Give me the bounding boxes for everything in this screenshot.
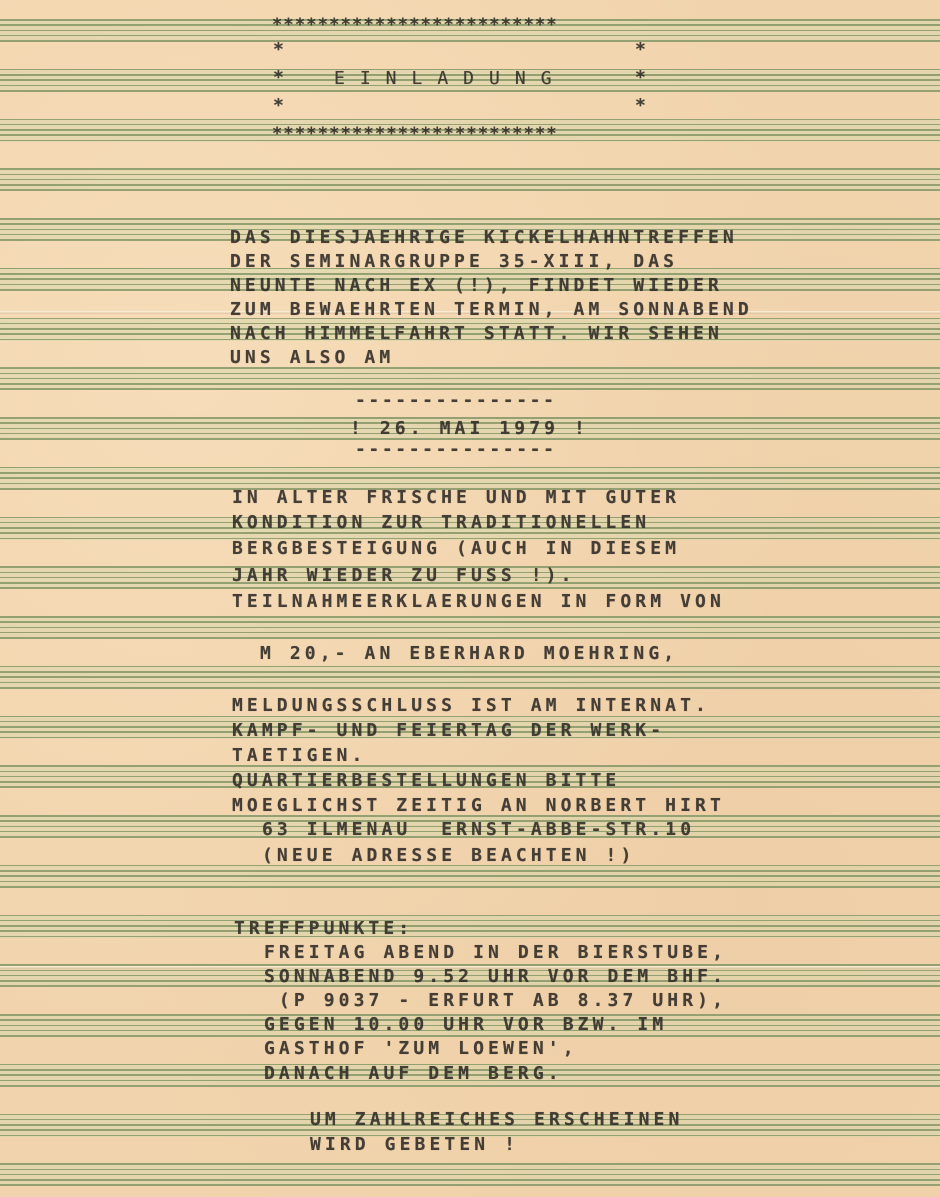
header-bottom-border: ************************* [272, 124, 558, 144]
staff [0, 616, 940, 639]
staff [0, 367, 940, 390]
header-right-star-2: * [635, 68, 650, 88]
staff [0, 915, 940, 938]
text-line: TEILNAHMEERKLAERUNGEN IN FORM VON [232, 592, 725, 612]
address-note: (NEUE ADRESSE BEACHTEN !) [262, 846, 635, 866]
text-line: UNS ALSO AM [230, 348, 394, 368]
text-line: DAS DIESJAEHRIGE KICKELHAHNTREFFEN [230, 228, 738, 248]
header-left-star-2: * [273, 68, 288, 88]
invitation-title: EINLADUNG [334, 69, 567, 89]
header-right-star-3: * [635, 96, 650, 116]
closing-line: WIRD GEBETEN ! [310, 1135, 519, 1155]
text-line: DER SEMINARGRUPPE 35-XIII, DAS [230, 252, 678, 272]
text-line: NEUNTE NACH EX (!), FINDET WIEDER [230, 276, 723, 296]
text-line: NACH HIMMELFAHRT STATT. WIR SEHEN [230, 324, 723, 344]
text-line: (P 9037 - ERFURT AB 8.37 UHR), [264, 991, 727, 1011]
header-top-border: ************************* [272, 15, 558, 35]
text-line: KAMPF- UND FEIERTAG DER WERK- [232, 721, 665, 741]
date-bottom-rule: --------------- [355, 440, 557, 460]
text-line: KONDITION ZUR TRADITIONELLEN [232, 513, 650, 533]
text-line: FREITAG ABEND IN DER BIERSTUBE, [264, 943, 727, 963]
text-line: JAHR WIEDER ZU FUSS !). [232, 566, 576, 586]
staff [0, 865, 940, 888]
text-line: MELDUNGSSCHLUSS IST AM INTERNAT. [232, 696, 710, 716]
text-line: TAETIGEN. [232, 746, 366, 766]
date-top-rule: --------------- [355, 391, 557, 411]
header-left-star-1: * [273, 40, 288, 60]
staff [0, 666, 940, 689]
text-line: DANACH AUF DEM BERG. [264, 1064, 563, 1084]
text-line: SONNABEND 9.52 UHR VOR DEM BHF. [264, 967, 727, 987]
address-line: 63 ILMENAU ERNST-ABBE-STR.10 [262, 820, 695, 840]
payment-line: M 20,- AN EBERHARD MOEHRING, [260, 644, 678, 664]
text-line: IN ALTER FRISCHE UND MIT GUTER [232, 488, 680, 508]
text-line: BERGBESTEIGUNG (AUCH IN DIESEM [232, 539, 680, 559]
text-line: QUARTIERBESTELLUNGEN BITTE [232, 771, 620, 791]
event-date: ! 26. MAI 1979 ! [350, 419, 589, 439]
staff [0, 168, 940, 191]
meeting-points-heading: TREFFPUNKTE: [234, 919, 413, 939]
header-right-star-1: * [635, 40, 650, 60]
text-line: MOEGLICHST ZEITIG AN NORBERT HIRT [232, 796, 725, 816]
text-line: ZUM BEWAEHRTEN TERMIN, AM SONNABEND [230, 300, 753, 320]
closing-line: UM ZAHLREICHES ERSCHEINEN [310, 1110, 683, 1130]
header-left-star-3: * [273, 96, 288, 116]
staff [0, 1163, 940, 1186]
text-line: GEGEN 10.00 UHR VOR BZW. IM [264, 1015, 667, 1035]
text-line: GASTHOF 'ZUM LOEWEN', [264, 1039, 578, 1059]
